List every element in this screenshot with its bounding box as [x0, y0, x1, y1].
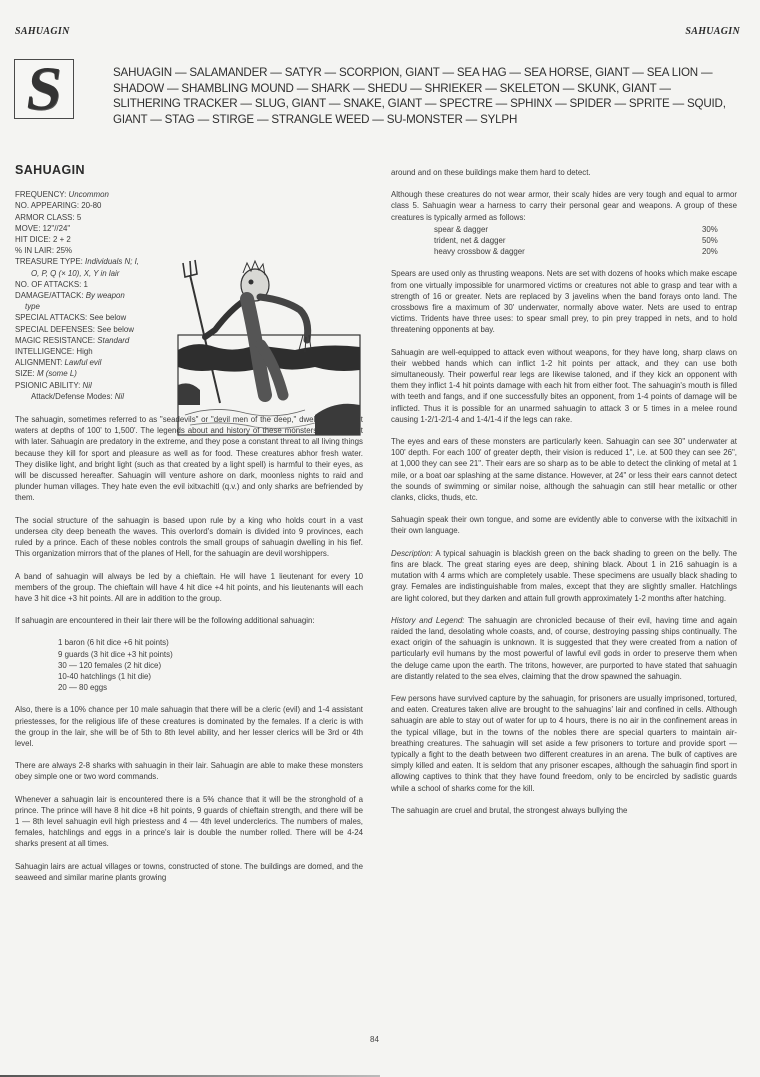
running-head-left: SAHUAGIN	[15, 26, 70, 37]
stat-psionic-ability: PSIONIC ABILITY: Nil	[15, 380, 183, 391]
paragraph-band-leader: A band of sahuagin will always be led by…	[15, 571, 363, 605]
stat-alignment: ALIGNMENT: Lawful evil	[15, 357, 183, 368]
table-row: heavy crossbow & dagger 20%	[434, 246, 724, 257]
paragraph-senses: The eyes and ears of these monsters are …	[391, 436, 737, 503]
stat-no-appearing: NO. APPEARING: 20-80	[15, 200, 183, 211]
monster-index-list: SAHUAGIN — SALAMANDER — SATYR — SCORPION…	[113, 65, 733, 127]
stat-block: FREQUENCY: Uncommon NO. APPEARING: 20-80…	[15, 189, 183, 402]
paragraph-buildings-cont: around and on these buildings make them …	[391, 167, 737, 178]
right-column: around and on these buildings make them …	[391, 167, 737, 827]
weapon-item: trident, net & dagger	[434, 235, 506, 246]
running-head-right: SAHUAGIN	[685, 26, 740, 37]
monster-title: SAHUAGIN	[15, 165, 363, 176]
paragraph-prisoners: Few persons have survived capture by the…	[391, 693, 737, 794]
paragraph-cruelty: The sahuagin are cruel and brutal, the s…	[391, 805, 737, 816]
paragraph-lair-intro: If sahuagin are encountered in their lai…	[15, 615, 363, 626]
stat-special-defenses: SPECIAL DEFENSES: See below	[15, 324, 183, 335]
weapons-table: spear & dagger 30% trident, net & dagger…	[434, 224, 724, 258]
stat-attack-defense-modes: Attack/Defense Modes: Nil	[15, 391, 183, 402]
paragraph-history: History and Legend: The sahuagin are chr…	[391, 615, 737, 682]
stat-no-of-attacks: NO. OF ATTACKS: 1	[15, 279, 183, 290]
page-number: 84	[370, 1035, 379, 1044]
paragraph-natural-attacks: Sahuagin are well-equipped to attack eve…	[391, 347, 737, 425]
weapon-item: heavy crossbow & dagger	[434, 246, 525, 257]
paragraph-social-structure: The social structure of the sahuagin is …	[15, 515, 363, 560]
paragraph-description: Description: A typical sahuagin is black…	[391, 548, 737, 604]
stat-magic-resistance: MAGIC RESISTANCE: Standard	[15, 335, 183, 346]
table-row: trident, net & dagger 50%	[434, 235, 724, 246]
stat-special-attacks: SPECIAL ATTACKS: See below	[15, 312, 183, 323]
weapon-pct: 20%	[702, 246, 724, 257]
paragraph-armor: Although these creatures do not wear arm…	[391, 189, 737, 223]
paragraph-cleric: Also, there is a 10% chance per 10 male …	[15, 704, 363, 749]
stat-treasure-type: TREASURE TYPE: Individuals N; I,	[15, 256, 183, 267]
blackletter-s-icon: S	[14, 59, 74, 119]
list-item: 9 guards (3 hit dice +3 hit points)	[58, 649, 363, 660]
weapon-item: spear & dagger	[434, 224, 488, 235]
paragraph-language: Sahuagin speak their own tongue, and som…	[391, 514, 737, 536]
stat-armor-class: ARMOR CLASS: 5	[15, 212, 183, 223]
paragraph-sharks: There are always 2-8 sharks with sahuagi…	[15, 760, 363, 782]
table-row: spear & dagger 30%	[434, 224, 724, 235]
list-item: 20 — 80 eggs	[58, 682, 363, 693]
stat-intelligence: INTELLIGENCE: High	[15, 346, 183, 357]
stat-hit-dice: HIT DICE: 2 + 2	[15, 234, 183, 245]
list-item: 30 — 120 females (2 hit dice)	[58, 660, 363, 671]
sahuagin-trident-icon	[175, 255, 363, 440]
dropcap-letter: S	[22, 58, 65, 120]
weapon-pct: 50%	[702, 235, 724, 246]
stat-in-lair: % IN LAIR: 25%	[15, 245, 183, 256]
paragraph-lairs: Sahuagin lairs are actual villages or to…	[15, 861, 363, 883]
list-item: 1 baron (6 hit dice +6 hit points)	[58, 637, 363, 648]
stat-size: SIZE: M (some L)	[15, 368, 183, 379]
history-label: History and Legend:	[391, 616, 464, 625]
sahuagin-illustration	[175, 255, 363, 440]
stat-damage-attack-cont: type	[15, 301, 183, 312]
stat-treasure-type-cont: O, P, Q (× 10), X, Y in lair	[15, 268, 183, 279]
stat-damage-attack: DAMAGE/ATTACK: By weapon	[15, 290, 183, 301]
paragraph-prince: Whenever a sahuagin lair is encountered …	[15, 794, 363, 850]
paragraph-weapons-use: Spears are used only as thrusting weapon…	[391, 268, 737, 335]
lair-list: 1 baron (6 hit dice +6 hit points) 9 gua…	[58, 637, 363, 693]
stat-frequency: FREQUENCY: Uncommon	[15, 189, 183, 200]
stat-move: MOVE: 12"//24"	[15, 223, 183, 234]
description-label: Description:	[391, 549, 433, 558]
list-item: 10-40 hatchlings (1 hit die)	[58, 671, 363, 682]
weapon-pct: 30%	[702, 224, 724, 235]
